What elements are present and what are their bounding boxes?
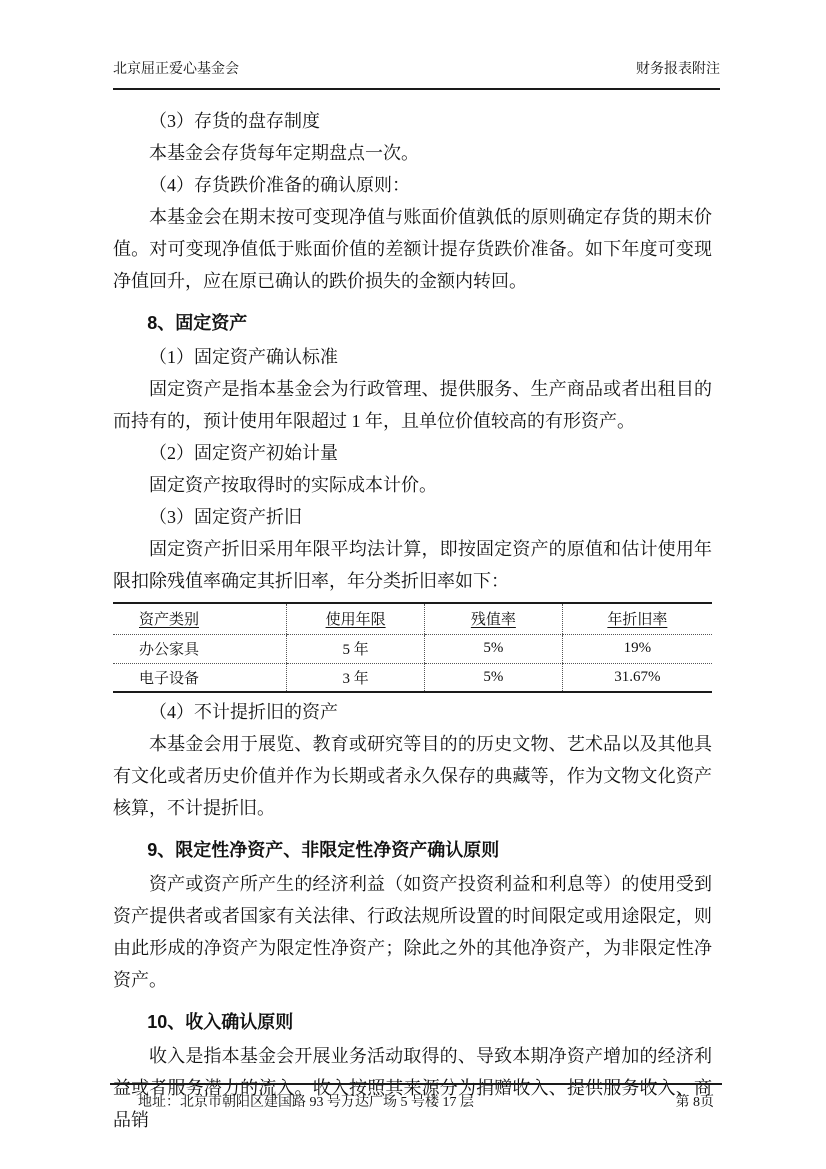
section8-item3-title: （3）固定资产折旧	[113, 501, 712, 533]
inventory-item3-title: （3）存货的盘存制度	[113, 105, 712, 137]
col-header-asset-category-label: 资产类别	[139, 612, 199, 628]
inventory-item4-text: 本基金会在期末按可变现净值与账面价值孰低的原则确定存货的期末价值。对可变现净值低…	[113, 201, 712, 297]
section8-item4-title: （4）不计提折旧的资产	[113, 696, 712, 728]
cell-useful-life: 3 年	[287, 663, 425, 692]
section8-item2-text: 固定资产按取得时的实际成本计价。	[113, 469, 712, 501]
page-footer: 地址：北京市朝阳区建国路 93 号万达广场 5 号楼 17 层 第 8页	[110, 1083, 722, 1111]
col-header-residual-rate-label: 残值率	[471, 612, 516, 628]
document-page: { "header": { "org_name": "北京屈正爱心基金会", "…	[0, 0, 826, 1169]
header-org-name: 北京屈正爱心基金会	[113, 58, 239, 78]
col-header-residual-rate: 残值率	[424, 603, 562, 634]
section8-item2-title: （2）固定资产初始计量	[113, 437, 712, 469]
cell-residual-rate: 5%	[424, 634, 562, 663]
cell-annual-rate: 31.67%	[562, 663, 712, 692]
section8-item1-text: 固定资产是指本基金会为行政管理、提供服务、生产商品或者出租目的而持有的，预计使用…	[113, 373, 712, 437]
depreciation-table-header-row: 资产类别 使用年限 残值率 年折旧率	[113, 603, 712, 634]
section9-text: 资产或资产所产生的经济利益（如资产投资利益和利息等）的使用受到资产提供者或者国家…	[113, 868, 712, 996]
footer-address: 地址：北京市朝阳区建国路 93 号万达广场 5 号楼 17 层	[110, 1091, 474, 1111]
section8-item3-text: 固定资产折旧采用年限平均法计算，即按固定资产的原值和估计使用年限扣除残值率确定其…	[113, 533, 712, 597]
cell-category: 电子设备	[113, 663, 287, 692]
section8-heading: 8、固定资产	[113, 307, 712, 339]
col-header-annual-depreciation-rate-label: 年折旧率	[607, 612, 667, 628]
inventory-item3-text: 本基金会存货每年定期盘点一次。	[113, 137, 712, 169]
document-body: （3）存货的盘存制度 本基金会存货每年定期盘点一次。 （4）存货跌价准备的确认原…	[113, 90, 712, 1136]
page-header: 北京屈正爱心基金会 财务报表附注	[113, 58, 720, 90]
col-header-useful-life-label: 使用年限	[326, 612, 386, 628]
header-doc-title: 财务报表附注	[636, 58, 720, 78]
table-row-office-furniture: 办公家具 5 年 5% 19%	[113, 634, 712, 663]
cell-useful-life: 5 年	[287, 634, 425, 663]
cell-residual-rate: 5%	[424, 663, 562, 692]
col-header-useful-life: 使用年限	[287, 603, 425, 634]
section8-item4-text: 本基金会用于展览、教育或研究等目的的历史文物、艺术品以及其他具有文化或者历史价值…	[113, 728, 712, 824]
inventory-item4-title: （4）存货跌价准备的确认原则：	[113, 169, 712, 201]
footer-page-number: 第 8页	[676, 1091, 723, 1111]
table-row-electronic-equipment: 电子设备 3 年 5% 31.67%	[113, 663, 712, 692]
depreciation-table: 资产类别 使用年限 残值率 年折旧率 办公家具 5 年 5% 19% 电子设备 …	[113, 602, 712, 693]
section9-heading: 9、限定性净资产、非限定性净资产确认原则	[113, 834, 712, 866]
cell-category: 办公家具	[113, 634, 287, 663]
cell-annual-rate: 19%	[562, 634, 712, 663]
section10-heading: 10、收入确认原则	[113, 1006, 712, 1038]
section8-item1-title: （1）固定资产确认标准	[113, 341, 712, 373]
col-header-asset-category: 资产类别	[113, 603, 287, 634]
col-header-annual-depreciation-rate: 年折旧率	[562, 603, 712, 634]
